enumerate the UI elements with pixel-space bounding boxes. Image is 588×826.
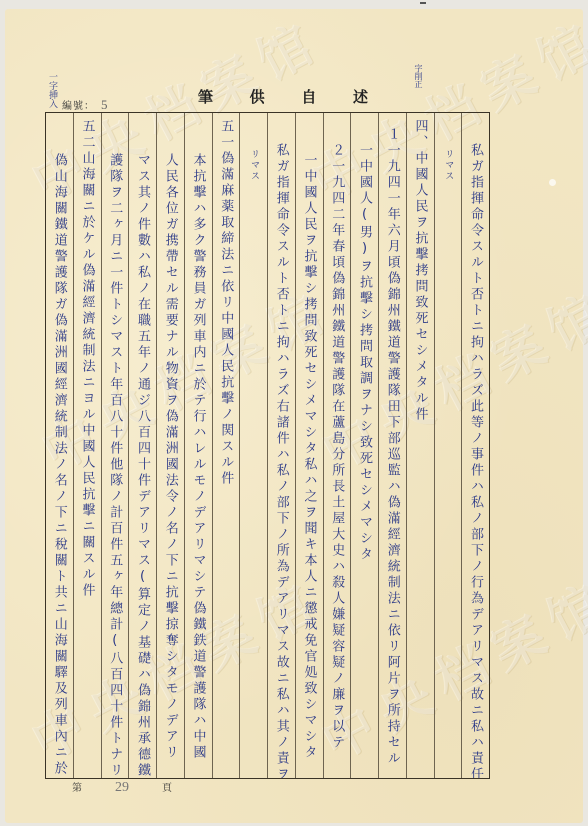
text-column: 私ガ指揮命令スルト否トニ拘ハラズ此等ノ事件ハ私ノ部下ノ行為デアリマス故ニ私ハ責任…	[461, 113, 489, 778]
title-char: 述	[353, 86, 368, 107]
title-char: 供	[250, 86, 265, 107]
text-column: 五一偽滿麻薬取締法ニ依リ中國人民抗擊ノ関スル件	[212, 113, 240, 778]
number-value: 5	[101, 97, 109, 112]
text-column: 一中國人民ヲ抗擊シ拷問致死セシメマシタ私ハ之ヲ聞キ本人ニ懲戒免官処致シマシタ	[295, 113, 323, 778]
text-column: リマス	[434, 113, 462, 778]
text-column: 偽山海關鐵道警護隊ガ偽滿洲國經濟統制法ノ名ノ下ニ稅關ト共ニ山海關驛及列車內ニ於テ…	[46, 113, 73, 778]
text-column: 一中國人(男)ヲ抗擊シ拷問取調ヲナシ致死セシメマシタ	[350, 113, 378, 778]
text-column: 本抗擊ハ多ク警務員ガ列車内ニ於テ行ハレルモノデアリマシテ偽鐵鉄道警護隊ハ中國	[184, 113, 212, 778]
margin-note-right: 字削正	[412, 64, 424, 88]
text-column: 人民各位ガ携帶セル需要ナル物資ヲ偽滿洲國法令ノ名ノ下ニ抗擊掠奪シタモノデアリ	[156, 113, 184, 778]
text-column: ２一九四二年春頃偽錦州鐵道警護隊在蘆島分所長土屋大史ハ殺人嫌疑容疑ノ廉ヲ以テ	[323, 113, 351, 778]
title-char: 自	[301, 86, 316, 107]
text-column: 私ガ指揮命令スルト否トニ拘ハラズ右諸件ハ私ノ部下ノ所為デアリマス故ニ私ハ其ノ責ヲ…	[267, 113, 295, 778]
margin-note-left: 一字挿入	[46, 72, 58, 108]
document-number: 編號：5	[62, 97, 109, 113]
document-title: 筆 供 自 述	[198, 86, 368, 107]
text-column: 四、中國人民ヲ抗擊拷問致死セシメタル件	[406, 113, 434, 778]
number-label: 編號：	[62, 101, 95, 112]
text-column: リマス	[239, 113, 267, 778]
title-char: 筆	[198, 86, 213, 107]
manuscript-grid: 私ガ指揮命令スルト否トニ拘ハラズ此等ノ事件ハ私ノ部下ノ行為デアリマス故ニ私ハ責任…	[45, 112, 490, 779]
page-number: 29	[115, 780, 129, 796]
punch-hole	[549, 179, 556, 186]
page-suffix: 頁	[162, 779, 172, 794]
text-column: 五二山海關ニ於ケル偽滿經濟統制法ニヨル中國人民抗擊ニ關スル件	[73, 113, 101, 778]
page-footer: 第 29 頁	[72, 779, 172, 796]
text-column: １一九四一年六月頃偽錦州鐵道警護隊田下部巡監ハ偽滿經濟統制法ニ依リ阿片ヲ所持セル	[378, 113, 406, 778]
page-prefix: 第	[72, 779, 82, 794]
text-column: 護隊ヲ二ヶ月ニ一件トシマスト年百八十件他隊ノ計百件五ヶ年總計(八百四十件トナリマ…	[101, 113, 129, 778]
scan-mark	[420, 2, 426, 4]
text-column: マス其ノ件數ハ私ノ在職五年ノ通ジ八百四十件デアリマス(算定ノ基礎ハ偽錦州承德鐵道…	[128, 113, 156, 778]
